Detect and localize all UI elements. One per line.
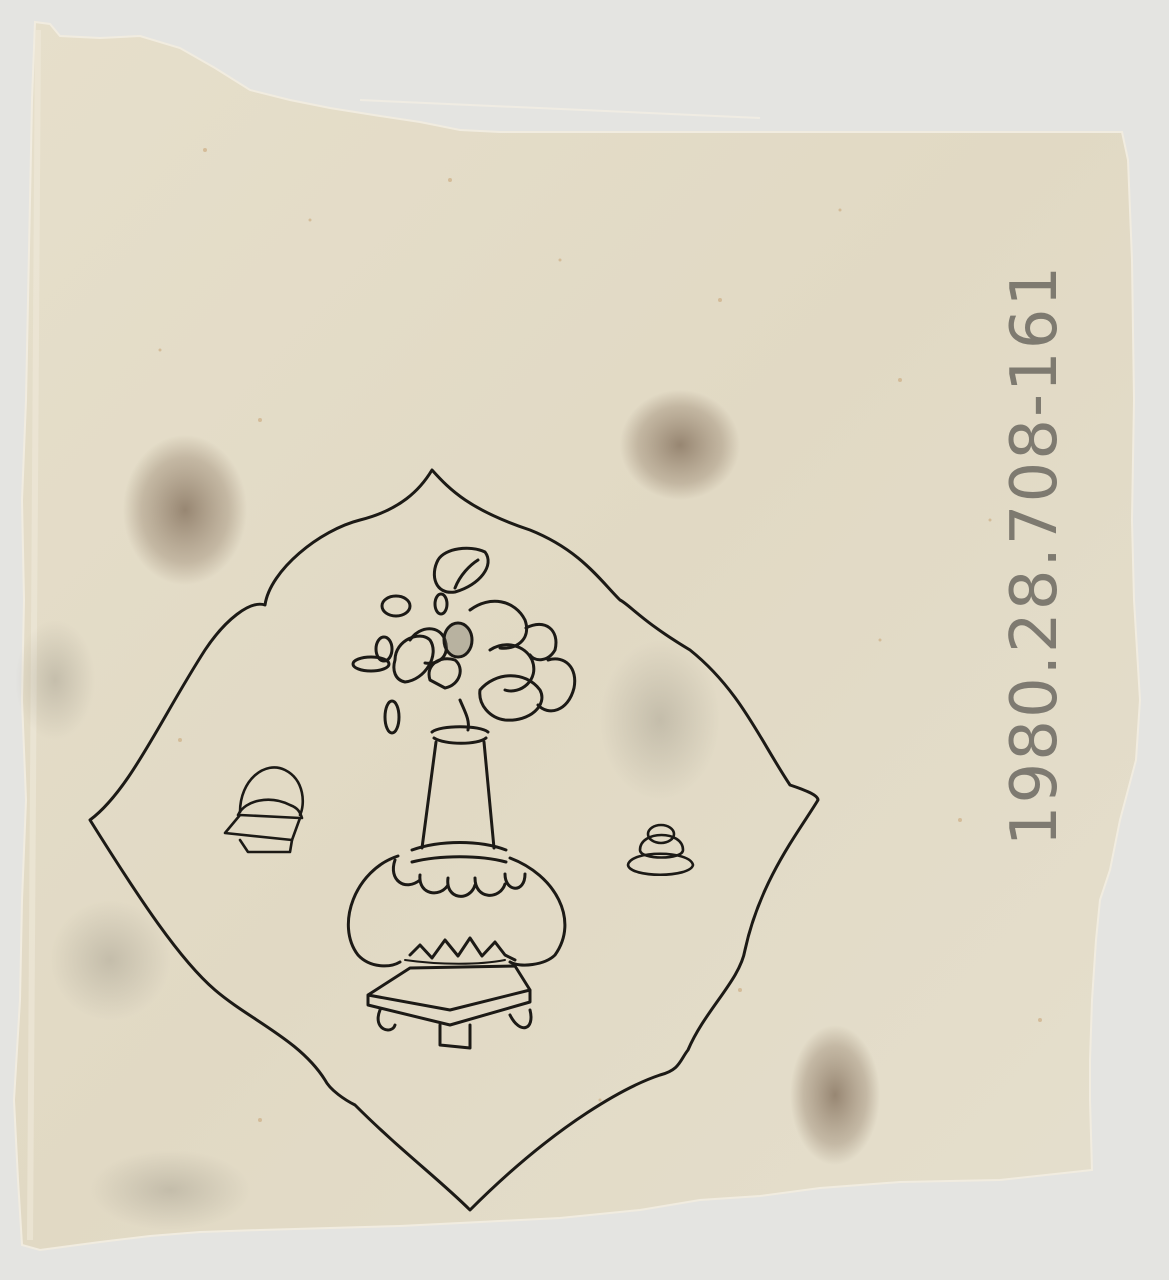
smudge-bottom bbox=[90, 1150, 250, 1230]
stain-bottom-right bbox=[790, 1025, 880, 1165]
smudge-left-mid bbox=[15, 620, 95, 740]
paper-crease bbox=[360, 100, 760, 118]
stain-top-right bbox=[620, 390, 740, 500]
pencil-inscription: 1980.28.708-161 bbox=[998, 264, 1072, 846]
stain-left bbox=[123, 435, 247, 585]
smudge-left-low bbox=[50, 900, 170, 1020]
paper-sheet bbox=[14, 22, 1140, 1250]
artwork-scene bbox=[0, 0, 1169, 1280]
smudge-center bbox=[600, 640, 720, 800]
